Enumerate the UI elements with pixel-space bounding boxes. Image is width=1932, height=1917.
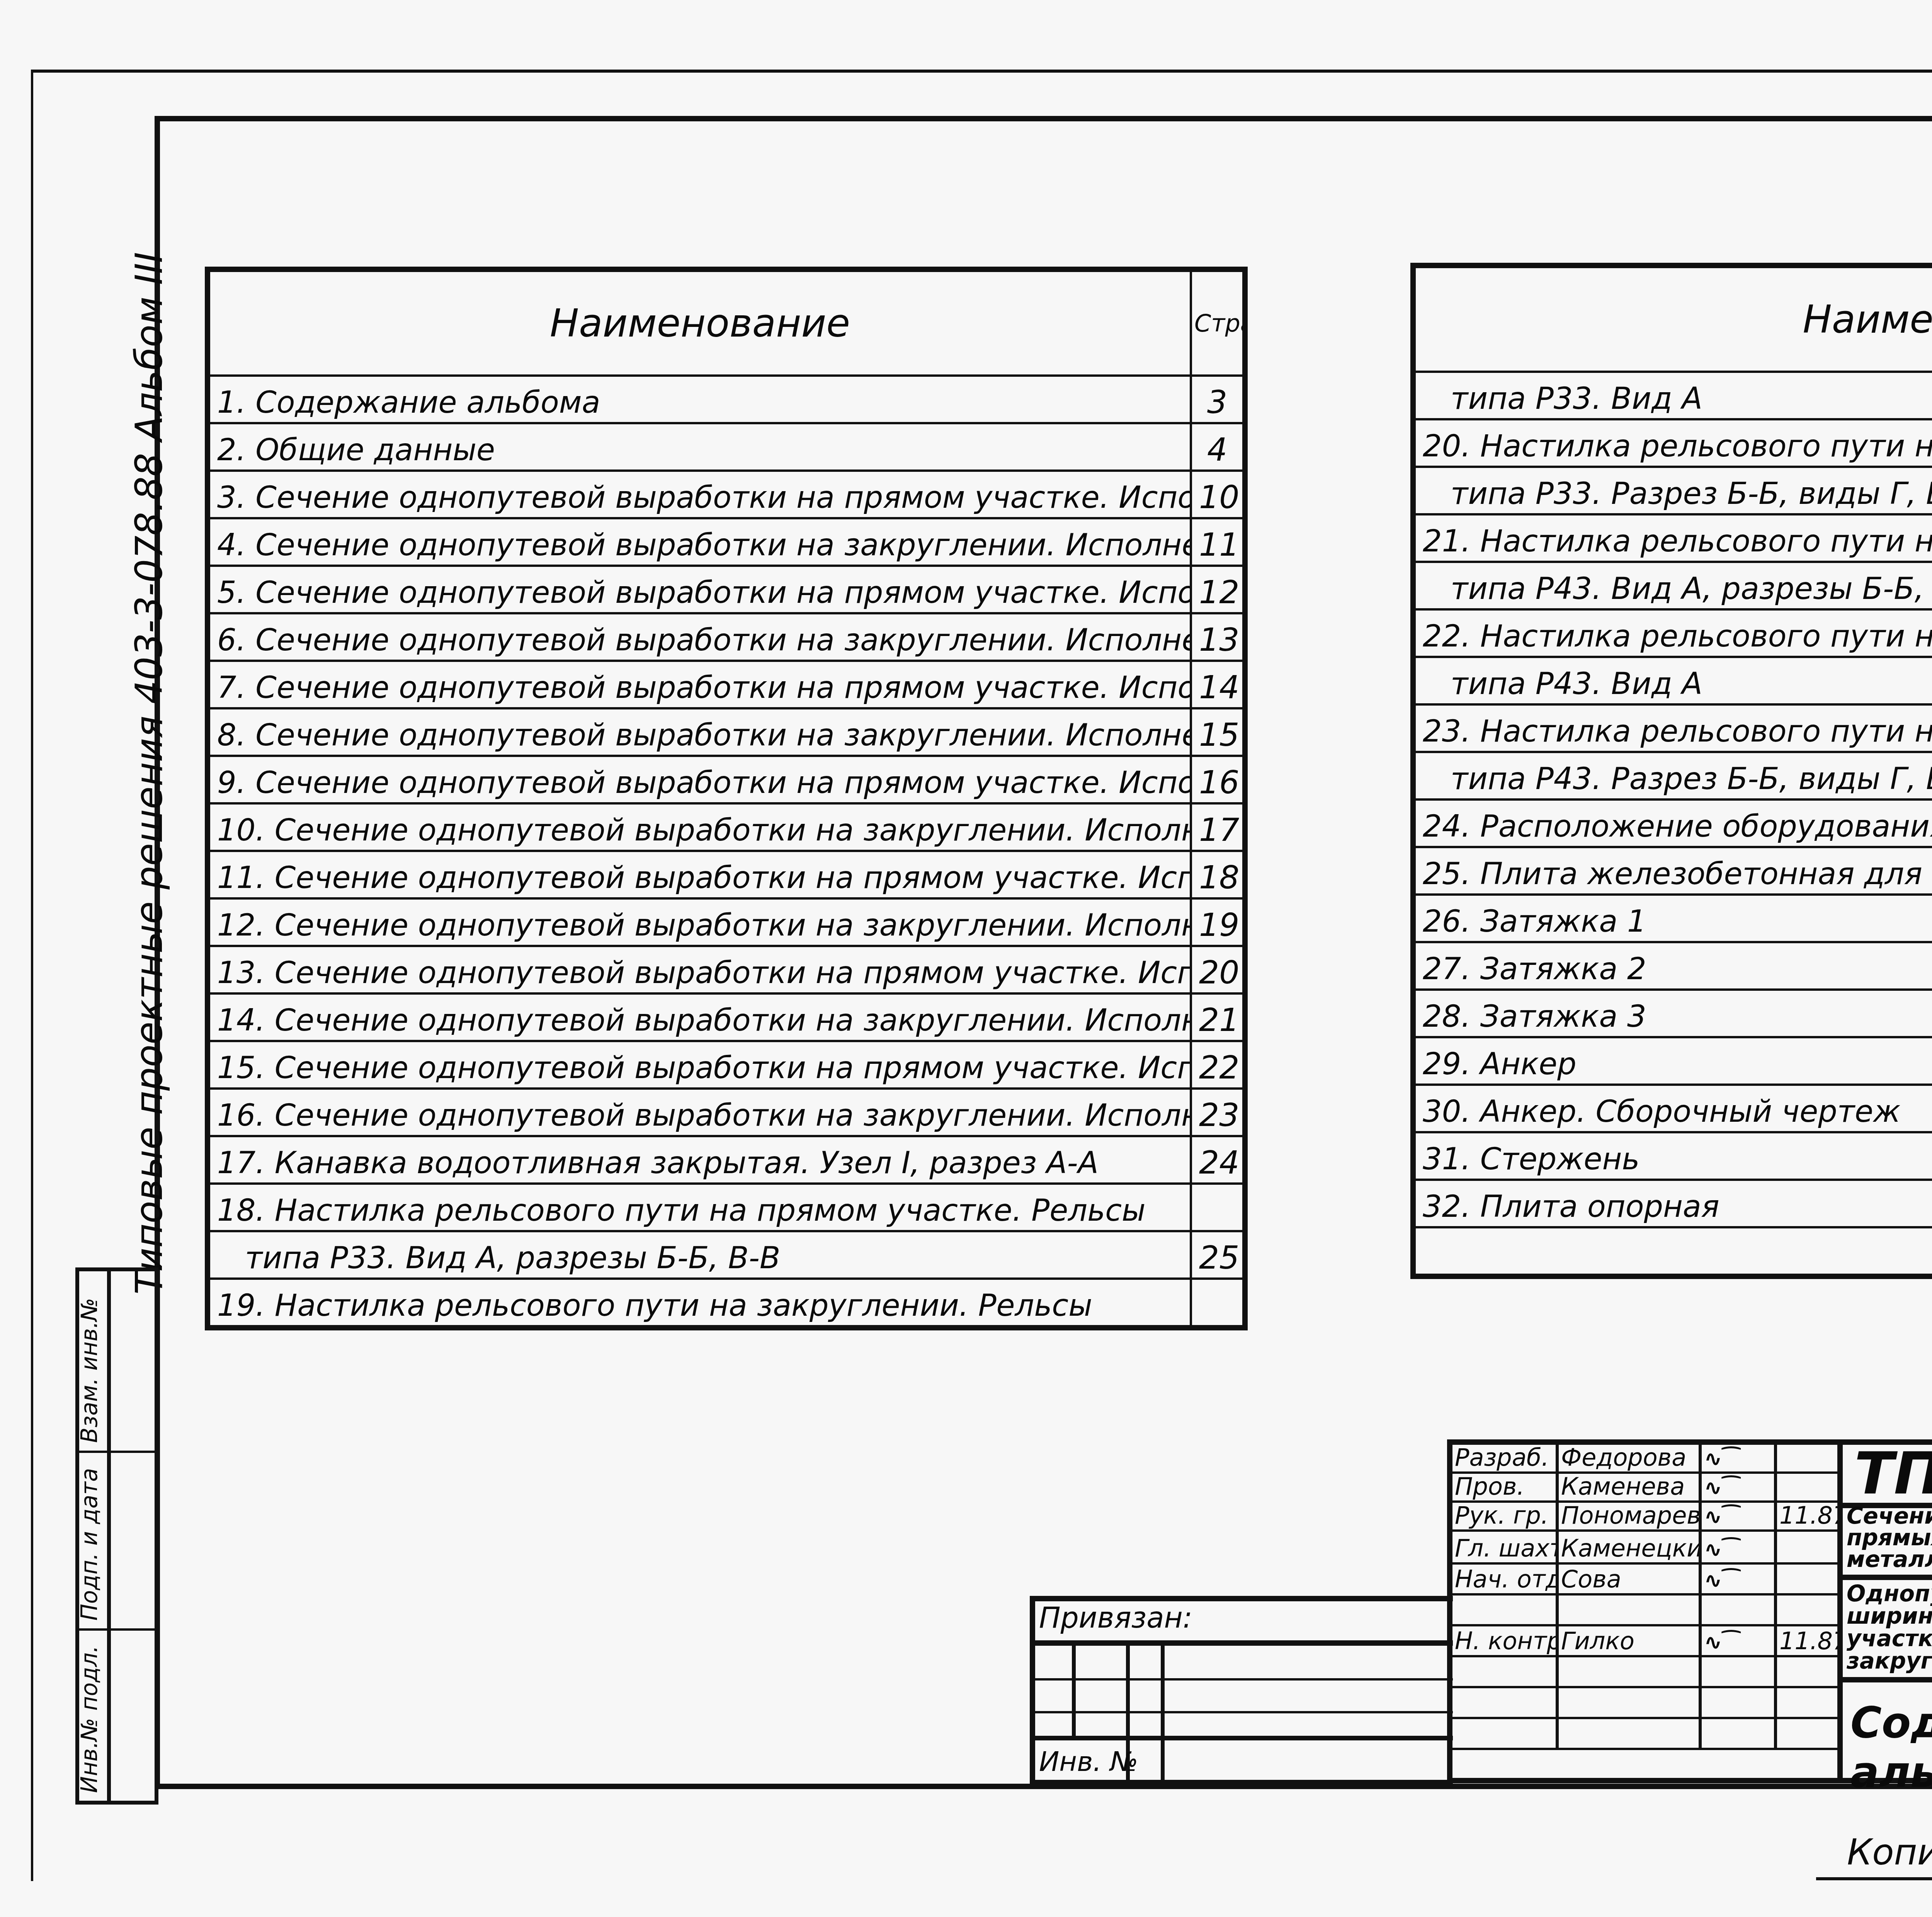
toc-row: 31. Стержень37: [1413, 1132, 1932, 1180]
signature-mark: [1702, 1688, 1777, 1717]
signature-role: [1452, 1657, 1559, 1686]
signature-row: Пров.Каменева∿⁀: [1452, 1474, 1837, 1503]
toc-item-page: 16: [1191, 756, 1245, 803]
signature-date: [1777, 1688, 1837, 1717]
signature-date: [1777, 1719, 1837, 1748]
toc-row: 10. Сечение однопутевой выработки на зак…: [207, 803, 1245, 851]
signature-role: Пров.: [1452, 1474, 1559, 1500]
signature-date: 11.87: [1777, 1503, 1837, 1529]
toc-row: 5. Сечение однопутевой выработки на прям…: [207, 566, 1245, 613]
toc-row: 8. Сечение однопутевой выработки на закр…: [207, 708, 1245, 756]
toc-item-name: 1. Содержание альбома: [207, 376, 1191, 423]
toc-row: типа Р43. Разрез Б-Б, виды Г, В30: [1413, 752, 1932, 799]
toc-item-name: 13. Сечение однопутевой выработки на пря…: [207, 946, 1191, 993]
toc-item-name: 14. Сечение однопутевой выработки на зак…: [207, 993, 1191, 1041]
toc-item-page: 19: [1191, 898, 1245, 946]
toc-item-name: 23. Настилка рельсового пути на закругле…: [1413, 704, 1932, 752]
signature-mark: ∿⁀: [1702, 1445, 1777, 1471]
toc-item-name: типа Р43. Вид А: [1413, 657, 1932, 704]
toc-item-name: 5. Сечение однопутевой выработки на прям…: [207, 566, 1191, 613]
toc-item-page: 12: [1191, 566, 1245, 613]
signature-role: [1452, 1596, 1559, 1624]
toc-row: 20. Настилка рельсового пути на закругле…: [1413, 419, 1932, 467]
binding-row: [1035, 1713, 1453, 1740]
toc-item-name: 4. Сечение однопутевой выработки на закр…: [207, 518, 1191, 566]
signature-date: [1777, 1657, 1837, 1686]
binding-block: Привязан: Инв. №: [1030, 1596, 1453, 1785]
signature-mark: [1702, 1596, 1777, 1624]
toc-row: 11. Сечение однопутевой выработки на пря…: [207, 851, 1245, 898]
toc-item-name: 16. Сечение однопутевой выработки на зак…: [207, 1089, 1191, 1136]
toc-row: 2. Общие данные4: [207, 423, 1245, 471]
signature-role: Гл. шахт.: [1452, 1532, 1559, 1562]
toc-row: 30. Анкер. Сборочный чертеж36: [1413, 1085, 1932, 1132]
footer-line: [1816, 1877, 1932, 1880]
toc-item-name: 8. Сечение однопутевой выработки на закр…: [207, 708, 1191, 756]
signature-role: [1452, 1688, 1559, 1717]
binding-col: [1161, 1646, 1165, 1780]
toc-row: 18. Настилка рельсового пути на прямом у…: [207, 1184, 1245, 1231]
toc-item-name: 19. Настилка рельсового пути на закругле…: [207, 1279, 1191, 1328]
document-code: ТПР 403-3-078.88 3-ГПР: [1843, 1445, 1932, 1508]
toc-item-name: 6. Сечение однопутевой выработки на закр…: [207, 613, 1191, 661]
side-stamp-label: Подп. и дата: [76, 1468, 102, 1621]
toc-row: 23. Настилка рельсового пути на закругле…: [1413, 704, 1932, 752]
toc-item-name: 17. Канавка водоотливная закрытая. Узел …: [207, 1136, 1191, 1184]
toc-item-name: 10. Сечение однопутевой выработки на зак…: [207, 803, 1191, 851]
toc-row: типа Р43. Вид А, разрезы Б-Б, В-В28: [1413, 562, 1932, 609]
toc-row: 25. Плита железобетонная для трапа32: [1413, 847, 1932, 895]
signature-row: Рук. гр.Пономарев∿⁀11.87: [1452, 1503, 1837, 1532]
toc-item-page: 23: [1191, 1089, 1245, 1136]
signature-name: [1559, 1688, 1702, 1717]
side-stamp-label: Инв.№ подл.: [76, 1645, 102, 1793]
toc-item-name: 12. Сечение однопутевой выработки на зак…: [207, 898, 1191, 946]
toc-row: 26. Затяжка 133: [1413, 895, 1932, 942]
toc-table-left: Наименование Страница 1. Содержание альб…: [205, 267, 1248, 1330]
signature-name: Федорова: [1559, 1445, 1702, 1471]
binding-label: Привязан:: [1035, 1601, 1453, 1646]
signature-row: [1452, 1596, 1837, 1626]
signature-row: Нач. отд.Сова∿⁀: [1452, 1565, 1837, 1596]
toc-row: 14. Сечение однопутевой выработки на зак…: [207, 993, 1245, 1041]
signature-mark: ∿⁀: [1702, 1532, 1777, 1562]
toc-item-page: 14: [1191, 661, 1245, 708]
toc-item-name: 25. Плита железобетонная для трапа: [1413, 847, 1932, 895]
toc-item-page: 4: [1191, 423, 1245, 471]
signature-date: [1777, 1474, 1837, 1500]
toc-row: 9. Сечение однопутевой выработки на прям…: [207, 756, 1245, 803]
header-name: Наименование: [207, 269, 1191, 376]
toc-row: 3. Сечение однопутевой выработки на прям…: [207, 471, 1245, 518]
signature-role: [1452, 1719, 1559, 1748]
signature-name: [1559, 1657, 1702, 1686]
toc-row: 7. Сечение однопутевой выработки на прям…: [207, 661, 1245, 708]
toc-item-page: 15: [1191, 708, 1245, 756]
toc-row: [1413, 1227, 1932, 1276]
toc-row: типа Р43. Вид А29: [1413, 657, 1932, 704]
toc-item-page: [1191, 1184, 1245, 1231]
binding-row: [1035, 1681, 1453, 1713]
inventory-number-label: Инв. №: [1039, 1746, 1138, 1778]
drawing-name: Содержание альбома: [1843, 1682, 1932, 1778]
signature-mark: ∿⁀: [1702, 1474, 1777, 1500]
project-description: Сечения горизонтальных откаточных вырабо…: [1843, 1503, 1932, 1580]
toc-item-name: 29. Анкер: [1413, 1037, 1932, 1085]
toc-row: 29. Анкер36: [1413, 1037, 1932, 1085]
title-block: Разраб.Федорова∿⁀Пров.Каменева∿⁀Рук. гр.…: [1447, 1439, 1932, 1783]
toc-row: 21. Настилка рельсового пути на прямом у…: [1413, 514, 1932, 562]
toc-row: 15. Сечение однопутевой выработки на пря…: [207, 1041, 1245, 1089]
toc-row: 32. Плита опорная37: [1413, 1180, 1932, 1227]
toc-row: 17. Канавка водоотливная закрытая. Узел …: [207, 1136, 1245, 1184]
header-page: Страница: [1191, 269, 1245, 376]
toc-item-page: 22: [1191, 1041, 1245, 1089]
toc-item-page: 21: [1191, 993, 1245, 1041]
signature-row: Разраб.Федорова∿⁀: [1452, 1445, 1837, 1474]
header-name: Наименование: [1413, 265, 1932, 372]
toc-item-name: 21. Настилка рельсового пути на прямом у…: [1413, 514, 1932, 562]
toc-item-name: 30. Анкер. Сборочный чертеж: [1413, 1085, 1932, 1132]
toc-row: 27. Затяжка 234: [1413, 942, 1932, 990]
toc-row: типа Р33. Разрез Б-Б, виды Г, В27: [1413, 467, 1932, 514]
toc-item-page: 20: [1191, 946, 1245, 993]
signature-date: [1777, 1532, 1837, 1562]
toc-row: 13. Сечение однопутевой выработки на пря…: [207, 946, 1245, 993]
toc-item-name: типа Р33. Вид А: [1413, 372, 1932, 419]
toc-item-name: 32. Плита опорная: [1413, 1180, 1932, 1227]
toc-item-name: типа Р33. Вид А, разрезы Б-Б, В-В: [207, 1231, 1191, 1279]
signature-name: Пономарев: [1559, 1503, 1702, 1529]
toc-table-right: Наименование Страница типа Р33. Вид А262…: [1410, 263, 1932, 1279]
toc-item-name: 9. Сечение однопутевой выработки на прям…: [207, 756, 1191, 803]
toc-item-name: 11. Сечение однопутевой выработки на пря…: [207, 851, 1191, 898]
toc-item-name: 27. Затяжка 2: [1413, 942, 1932, 990]
toc-row: 4. Сечение однопутевой выработки на закр…: [207, 518, 1245, 566]
toc-row: 12. Сечение однопутевой выработки на зак…: [207, 898, 1245, 946]
toc-item-page: 13: [1191, 613, 1245, 661]
signature-name: Сова: [1559, 1565, 1702, 1593]
signature-date: [1777, 1596, 1837, 1624]
signature-role: Разраб.: [1452, 1445, 1559, 1471]
signature-name: [1559, 1596, 1702, 1624]
toc-item-page: 11: [1191, 518, 1245, 566]
toc-item-name: 24. Расположение оборудования при проход…: [1413, 799, 1932, 847]
signature-row: Гл. шахт.Каменецкий∿⁀: [1452, 1532, 1837, 1565]
toc-item-name: 7. Сечение однопутевой выработки на прям…: [207, 661, 1191, 708]
signature-grid: Разраб.Федорова∿⁀Пров.Каменева∿⁀Рук. гр.…: [1452, 1445, 1843, 1778]
signature-mark: ∿⁀: [1702, 1565, 1777, 1593]
toc-item-name: 31. Стержень: [1413, 1132, 1932, 1180]
binding-row: [1035, 1646, 1453, 1681]
side-stamp-label: Взам. инв.№: [76, 1298, 102, 1443]
signature-row: Н. контр.Гилко∿⁀11.87: [1452, 1626, 1837, 1657]
toc-item-page: 10: [1191, 471, 1245, 518]
toc-row: 6. Сечение однопутевой выработки на закр…: [207, 613, 1245, 661]
signature-name: Каменева: [1559, 1474, 1702, 1500]
toc-item-name: типа Р43. Вид А, разрезы Б-Б, В-В: [1413, 562, 1932, 609]
toc-item-name: 28. Затяжка 3: [1413, 990, 1932, 1037]
toc-row: типа Р33. Вид А26: [1413, 372, 1932, 419]
toc-item-page: 18: [1191, 851, 1245, 898]
toc-row: 24. Расположение оборудования при проход…: [1413, 799, 1932, 847]
signature-name: Каменецкий: [1559, 1532, 1702, 1562]
toc-row: 1. Содержание альбома3: [207, 376, 1245, 423]
side-stamp-cell: Инв.№ подл.: [79, 1631, 155, 1801]
signature-mark: ∿⁀: [1702, 1503, 1777, 1529]
toc-item-name: 18. Настилка рельсового пути на прямом у…: [207, 1184, 1191, 1231]
signature-name: [1559, 1719, 1702, 1748]
toc-item-name: 20. Настилка рельсового пути на закругле…: [1413, 419, 1932, 467]
signature-mark: [1702, 1657, 1777, 1686]
toc-item-name: 26. Затяжка 1: [1413, 895, 1932, 942]
toc-item-name: 22. Настилка рельсового пути на закругле…: [1413, 609, 1932, 657]
signature-date: [1777, 1565, 1837, 1593]
signature-role: Рук. гр.: [1452, 1503, 1559, 1529]
toc-row: 16. Сечение однопутевой выработки на зак…: [207, 1089, 1245, 1136]
toc-item-page: [1191, 1279, 1245, 1328]
toc-item-page: 3: [1191, 376, 1245, 423]
toc-item-name: типа Р33. Разрез Б-Б, виды Г, В: [1413, 467, 1932, 514]
toc-row: типа Р33. Вид А, разрезы Б-Б, В-В25: [207, 1231, 1245, 1279]
signature-date: 11.87: [1777, 1626, 1837, 1655]
signature-role: Нач. отд.: [1452, 1565, 1559, 1593]
toc-item-page: 25: [1191, 1231, 1245, 1279]
signature-date: [1777, 1445, 1837, 1471]
side-stamp-cell: Взам. инв.№: [79, 1271, 155, 1453]
signature-role: Н. контр.: [1452, 1626, 1559, 1655]
toc-item-name: типа Р43. Разрез Б-Б, виды Г, В: [1413, 752, 1932, 799]
signature-mark: ∿⁀: [1702, 1626, 1777, 1655]
signature-row: [1452, 1657, 1837, 1688]
signature-name: Гилко: [1559, 1626, 1702, 1655]
toc-item-name: 3. Сечение однопутевой выработки на прям…: [207, 471, 1191, 518]
toc-item-page: 24: [1191, 1136, 1245, 1184]
drawing-subtitle: Однопутевая выработка шириной 2600 мм на…: [1843, 1580, 1932, 1682]
signature-row: [1452, 1719, 1837, 1750]
toc-item-name: [1413, 1227, 1932, 1276]
toc-row: 19. Настилка рельсового пути на закругле…: [207, 1279, 1245, 1328]
album-side-title: Типовые проектные решения 403-3-078.88 А…: [128, 252, 171, 1294]
toc-row: 28. Затяжка 335: [1413, 990, 1932, 1037]
toc-item-page: 17: [1191, 803, 1245, 851]
side-stamp: Взам. инв.№ Подп. и дата Инв.№ подл.: [75, 1267, 158, 1805]
toc-row: 22. Настилка рельсового пути на закругле…: [1413, 609, 1932, 657]
copied-by: Копировал Швыдченко: [1847, 1832, 1932, 1873]
signature-mark: [1702, 1719, 1777, 1748]
toc-item-name: 15. Сечение однопутевой выработки на пря…: [207, 1041, 1191, 1089]
signature-row: [1452, 1688, 1837, 1719]
binding-col: [1072, 1646, 1076, 1740]
side-stamp-cell: Подп. и дата: [79, 1453, 155, 1631]
toc-item-name: 2. Общие данные: [207, 423, 1191, 471]
